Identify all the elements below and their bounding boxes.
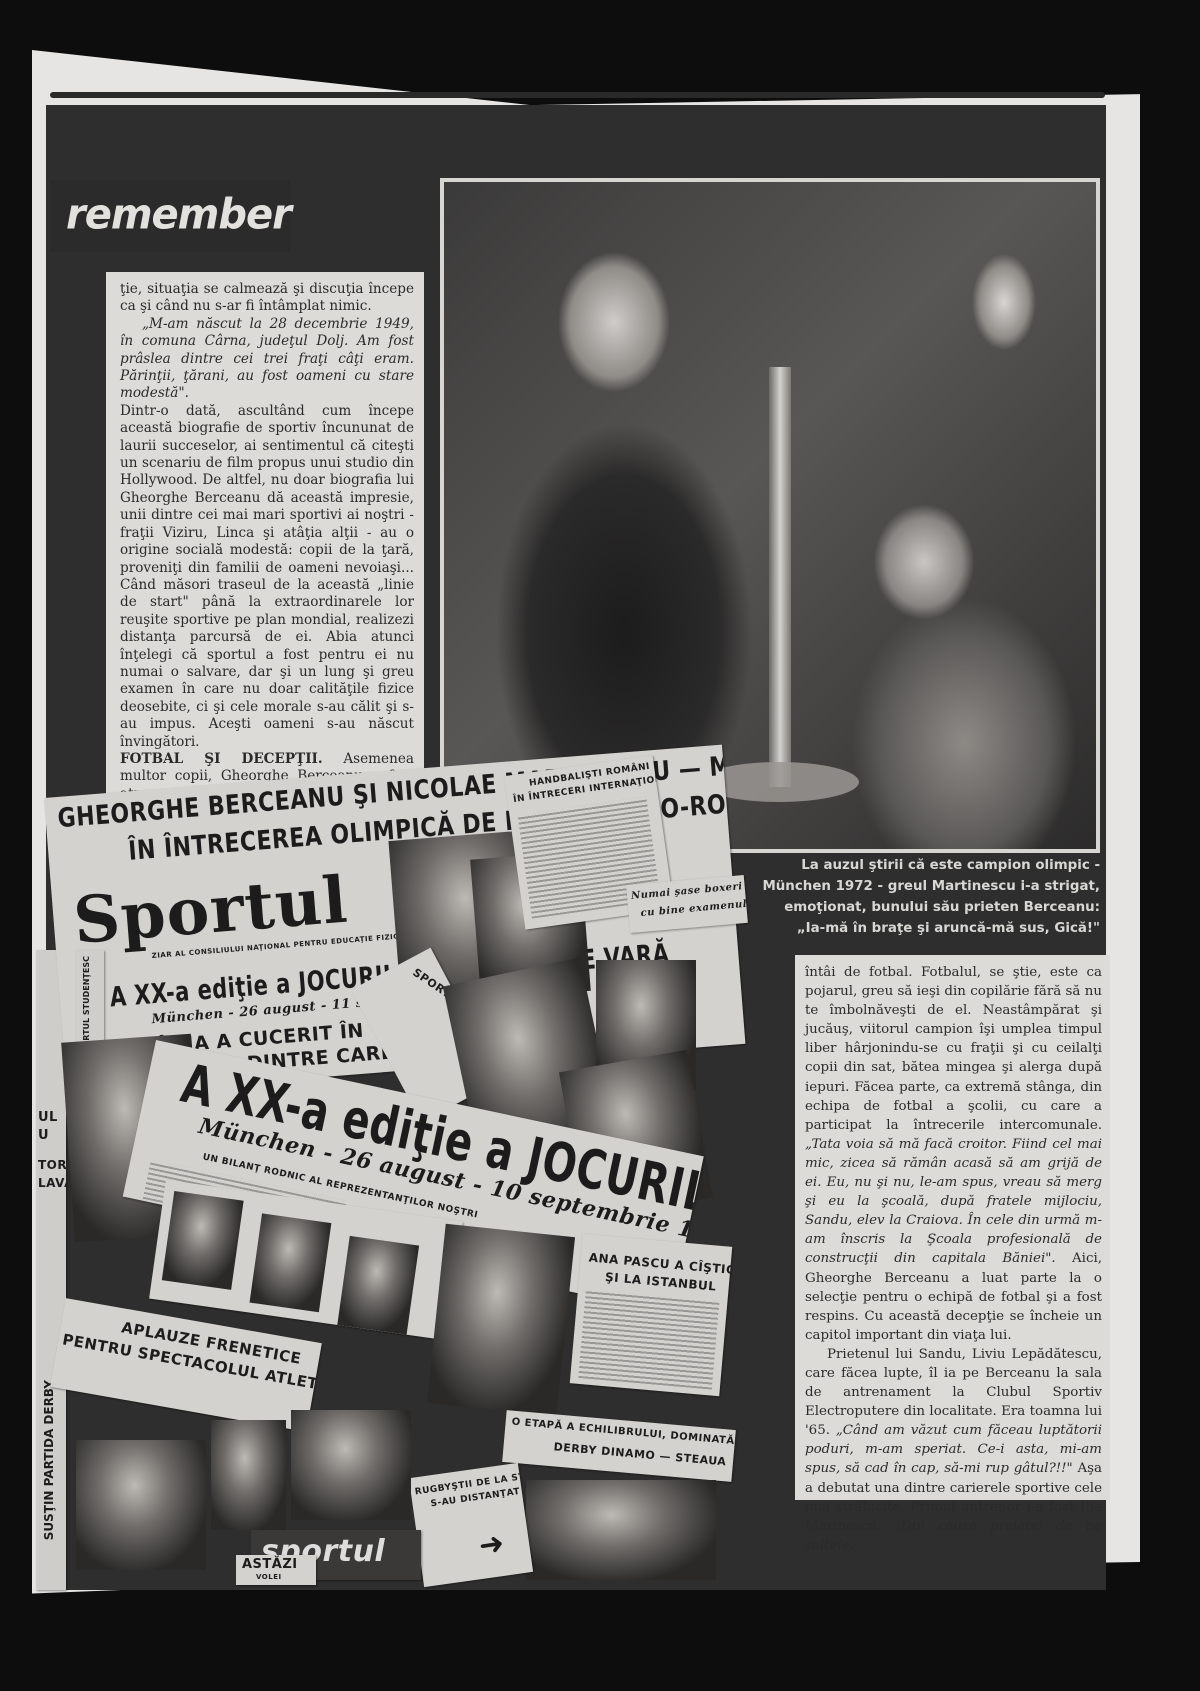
clipping-ana-pascu: ANA PASCU A CÎŞTIGAT ŞI LA ISTANBUL	[570, 1234, 733, 1397]
newspaper-collage: UL U TOR LAVA SUSŢIN PARTIDA DERBY GHEOR…	[36, 760, 756, 1590]
photo-boy-portrait	[291, 1410, 411, 1520]
clipping-boxers: Numai şase boxeri români au cu bine exam…	[626, 875, 748, 933]
clipping-astazi: ASTĂZI VOLEI	[236, 1555, 316, 1585]
paragraph: Dintr-o dată, ascultând cum începe aceas…	[120, 403, 414, 751]
paragraph: ţie, situaţia se calmează şi discuţia în…	[120, 281, 414, 316]
section-tag-label: remember	[66, 191, 291, 239]
paragraph: Prietenul lui Sandu, Liviu Lepădătescu, …	[805, 1345, 1102, 1555]
photo-runner	[76, 1440, 206, 1570]
clipping-etapa-derby: O ETAPĂ A ECHILIBRULUI, DOMINATĂ DE MARE…	[502, 1410, 736, 1482]
photo-rugby-scrum	[526, 1480, 716, 1580]
portrait	[162, 1191, 244, 1290]
top-rule	[50, 92, 1105, 98]
main-photo-berceanu-martinescu	[440, 178, 1100, 853]
quote-paragraph: „M-am născut la 28 decembrie 1949, în co…	[120, 316, 414, 403]
paragraph: întâi de fotbal. Fotbalul, se ştie, este…	[805, 963, 1102, 1345]
portrait	[211, 1420, 286, 1530]
article-column-left: ţie, situaţia se calmează şi discuţia în…	[106, 272, 424, 812]
photo-football	[427, 1224, 575, 1417]
clipping-aplauze: APLAUZE FRENETICE PENTRU SPECTACOLUL ATL…	[50, 1298, 322, 1432]
section-tag: remember	[50, 180, 290, 252]
article-column-right: întâi de fotbal. Fotbalul, se ştie, este…	[795, 955, 1110, 1500]
portrait	[250, 1213, 332, 1312]
arrow-icon: ➜	[477, 1526, 507, 1564]
portrait	[337, 1236, 419, 1335]
trophy-shaft	[769, 367, 791, 787]
photo-caption: La auzul ştirii că este campion olimpic …	[760, 855, 1100, 940]
clipping-rugby: RUGBYŞTII DE LA STEAUA S-AU DISTANŢAT ➜	[409, 1463, 533, 1587]
